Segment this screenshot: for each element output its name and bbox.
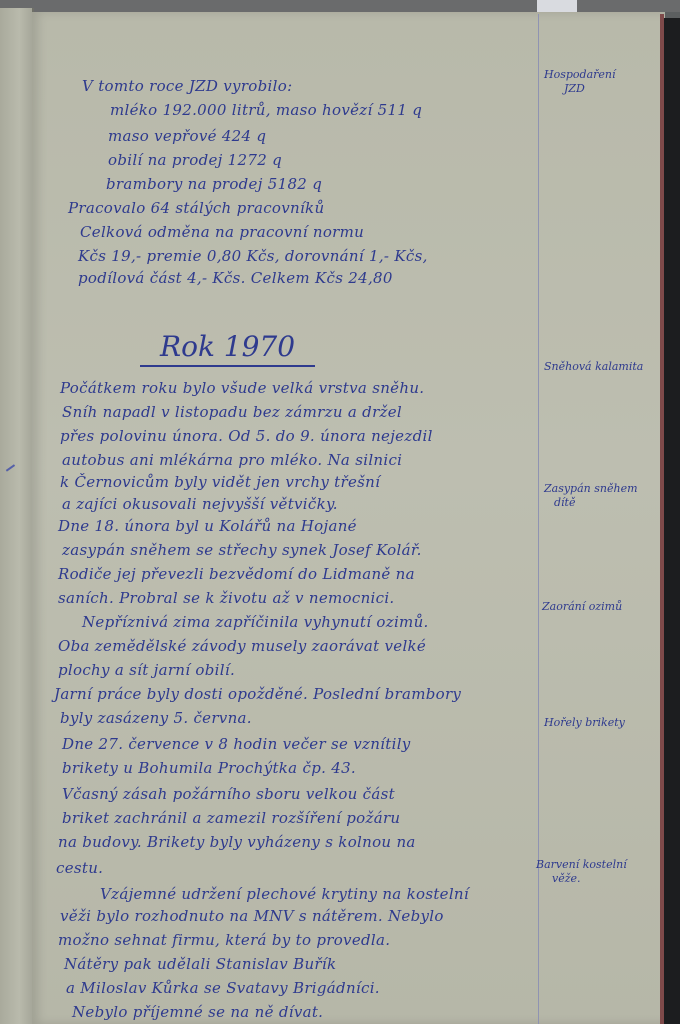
body-line: na budovy. Brikety byly vyházeny s kolno… (58, 832, 416, 852)
margin-note-zasypan: Zasypán sněhem dítě (544, 482, 638, 510)
margin-note-line: Zasypán sněhem (544, 482, 638, 496)
margin-note-hospodareni: Hospodaření JZD (544, 68, 616, 96)
background-strip (0, 0, 680, 12)
summary-line: Kčs 19,- premie 0,80 Kčs, dorovnání 1,- … (78, 246, 428, 266)
body-line: Vzájemné udržení plechové krytiny na kos… (100, 884, 469, 904)
body-line: zasypán sněhem se střechy synek Josef Ko… (62, 540, 422, 560)
book-cover (664, 18, 680, 1024)
body-line: saních. Probral se k životu až v nemocni… (58, 588, 395, 608)
paper-tab (537, 0, 577, 12)
margin-note-line: Hořely brikety (544, 716, 625, 730)
margin-note-horely-brikety: Hořely brikety (544, 716, 625, 730)
body-line: a zajíci okusovali nejvyšší větvičky. (62, 494, 338, 514)
left-facing-page (0, 8, 34, 1024)
body-line: možno sehnat firmu, která by to provedla… (58, 930, 390, 950)
body-line: Počátkem roku bylo všude velká vrstva sn… (60, 378, 424, 398)
summary-line: mléko 192.000 litrů, maso hovězí 511 q (110, 100, 422, 120)
body-line: Jarní práce byly dosti opožděné. Posledn… (54, 684, 461, 704)
summary-line: brambory na prodej 5182 q (106, 174, 322, 194)
body-line: věži bylo rozhodnuto na MNV s nátěrem. N… (60, 906, 444, 926)
margin-note-line: dítě (544, 496, 638, 510)
body-line: Dne 18. února byl u Kolářů na Hojané (58, 516, 357, 536)
body-line: autobus ani mlékárna pro mléko. Na silni… (62, 450, 402, 470)
body-line: a Miloslav Kůrka se Svatavy Brigádníci. (66, 978, 380, 998)
body-line: Rodiče jej převezli bezvědomí do Lidmaně… (58, 564, 415, 584)
margin-note-barveni-veze: Barvení kostelní věže. (536, 858, 627, 886)
body-line: Nátěry pak udělali Stanislav Buřík (64, 954, 336, 974)
summary-line: Celková odměna na pracovní normu (80, 222, 364, 242)
body-line: Včasný zásah požárního sboru velkou část (62, 784, 395, 804)
margin-note-snehova-kalamita: Sněhová kalamita (544, 360, 643, 374)
body-line: briket zachránil a zamezil rozšíření pož… (62, 808, 400, 828)
body-line: Dne 27. července v 8 hodin večer se vzní… (62, 734, 411, 754)
body-line: Oba zemědělské závody musely zaorávat ve… (58, 636, 426, 656)
year-heading: Rok 1970 (140, 330, 315, 367)
body-line: plochy a sít jarní obilí. (58, 660, 235, 680)
margin-note-line: Zaorání ozimů (542, 600, 622, 614)
margin-note-line: Sněhová kalamita (544, 360, 643, 374)
summary-line: obilí na prodej 1272 q (108, 150, 282, 170)
body-line: Nebylo příjemné se na ně dívat. (72, 1002, 323, 1022)
margin-note-line: JZD (544, 82, 616, 96)
body-line: byly zasázeny 5. června. (60, 708, 252, 728)
margin-note-line: Barvení kostelní (536, 858, 627, 872)
summary-line: podílová část 4,- Kčs. Celkem Kčs 24,80 (78, 268, 393, 288)
body-line: cestu. (56, 858, 103, 878)
body-line: Sníh napadl v listopadu bez zámrzu a drž… (62, 402, 402, 422)
margin-note-line: Hospodaření (544, 68, 616, 82)
summary-line: maso vepřové 424 q (108, 126, 266, 146)
ink-mark (0, 454, 15, 471)
body-line: přes polovinu února. Od 5. do 9. února n… (60, 426, 433, 446)
summary-line: Pracovalo 64 stálých pracovníků (68, 198, 324, 218)
margin-note-zaorani: Zaorání ozimů (542, 600, 622, 614)
body-line: k Černovicům byly vidět jen vrchy třešní (60, 472, 380, 492)
body-line: Nepříznivá zima zapříčinila vyhynutí ozi… (82, 612, 429, 632)
body-line: brikety u Bohumila Prochýtka čp. 43. (62, 758, 356, 778)
summary-line: V tomto roce JZD vyrobilo: (82, 76, 292, 96)
margin-note-line: věže. (536, 872, 627, 886)
